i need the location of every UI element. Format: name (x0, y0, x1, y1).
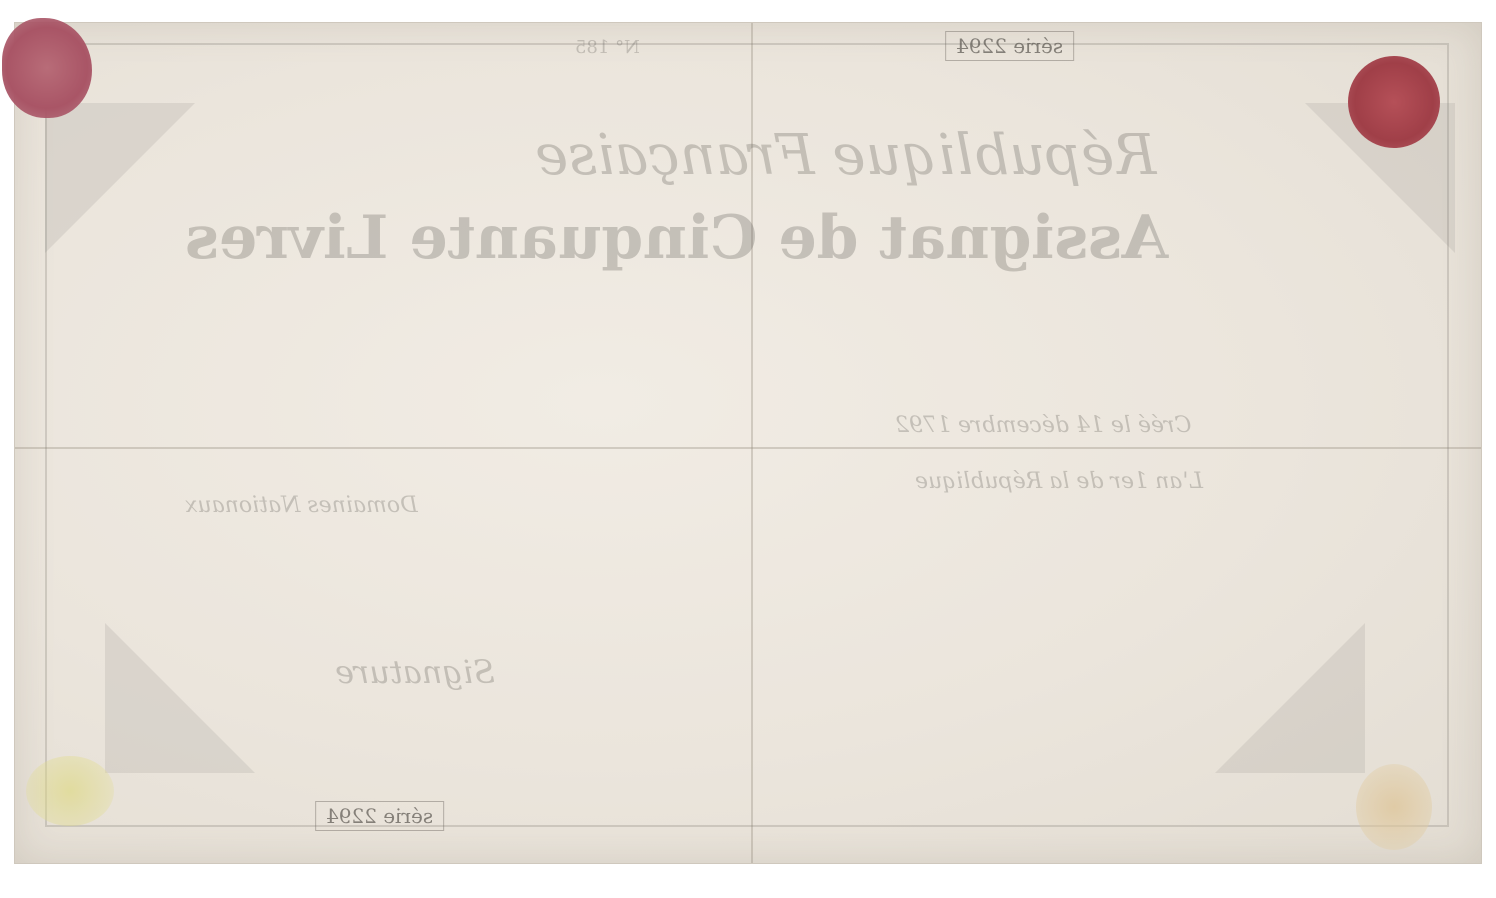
title-line2: Assignat de Cinquante Livres (185, 203, 1168, 273)
number-top: N° 185 (575, 37, 640, 58)
tan-stain-bottom-right (1356, 764, 1432, 850)
line3: Créé le 14 décembre 1792 (895, 413, 1191, 438)
banknote-reverse: série 2294 N° 185 série 2294 République … (14, 22, 1482, 864)
line4: L'an 1er de la République (915, 469, 1203, 494)
yellow-stain-bottom-left (26, 756, 114, 826)
red-seal-top-left (2, 18, 92, 118)
serie-box-top: série 2294 (945, 31, 1074, 61)
red-seal-top-right (1348, 56, 1440, 148)
serie-box-bottom: série 2294 (315, 801, 444, 831)
title-line1: République Française (535, 123, 1156, 188)
left-line: Domaines Nationaux (185, 493, 418, 518)
signature: Signature (335, 653, 495, 691)
